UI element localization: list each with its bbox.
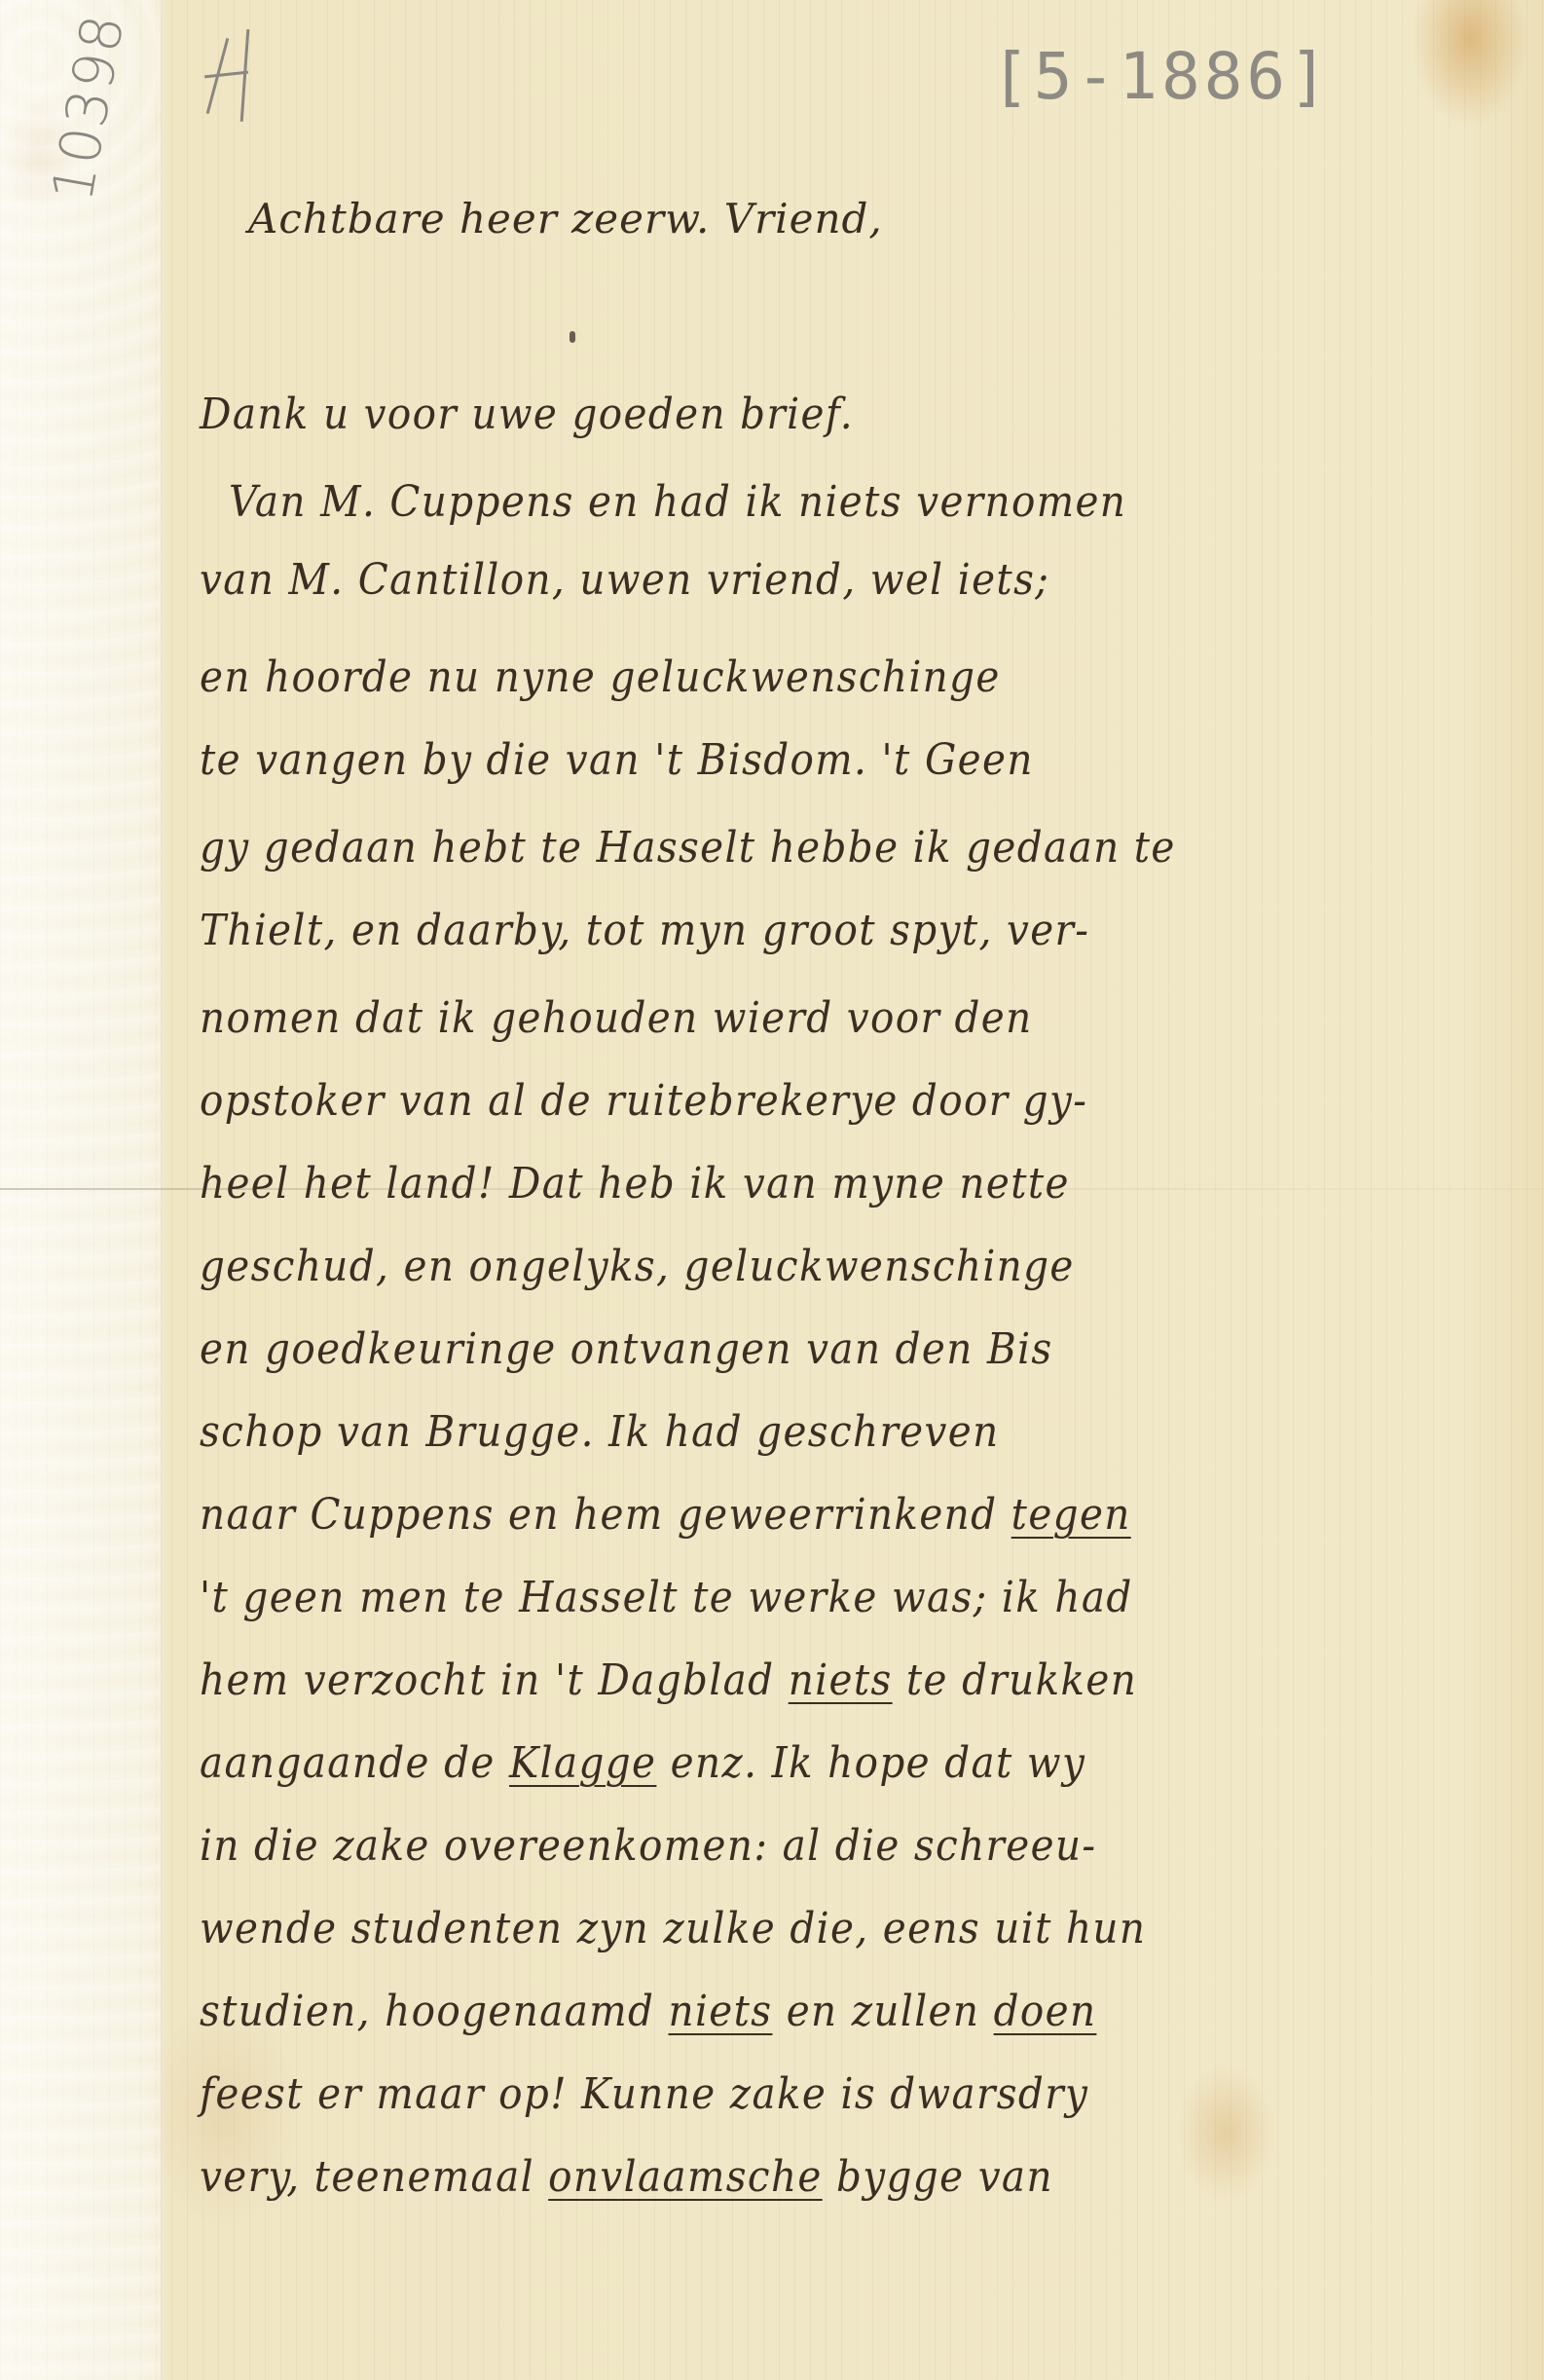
letter-line: in die zake overeenkomen: al die schreeu… <box>200 1821 1096 1871</box>
letter-line: aangaande de Klagge enz. Ik hope dat wy <box>200 1738 1085 1788</box>
letter-line: schop van Brugge. Ik had geschreven <box>200 1407 1000 1457</box>
letter-line: Van M. Cuppens en had ik niets vernomen <box>229 477 1126 527</box>
letter-line: en hoorde nu nyne geluckwenschinge <box>200 652 1001 702</box>
underlined-word: doen <box>994 1987 1097 2036</box>
letter-line: heel het land! Dat heb ik van myne nette <box>200 1159 1070 1209</box>
ink-dot <box>570 331 575 343</box>
left-margin-strip <box>0 0 162 2380</box>
letter-page: 10398 [5-1886] Achtbare heer zeerw. Vrie… <box>0 0 1544 2380</box>
archive-mark-icon <box>195 29 253 122</box>
letter-line: te vangen by die van 't Bisdom. 't Geen <box>200 735 1034 785</box>
letter-line: naar Cuppens en hem geweerrinkend tegen <box>200 1490 1131 1540</box>
underlined-word: onvlaamsche <box>548 2152 823 2202</box>
archive-date: [5-1886] <box>991 39 1332 114</box>
letter-line: geschud, en ongelyks, geluckwenschinge <box>200 1242 1075 1291</box>
underlined-word: Klagge <box>509 1738 656 1788</box>
letter-line: Thielt, en daarby, tot myn groot spyt, v… <box>200 906 1089 955</box>
letter-line: studien, hoogenaamd niets en zullen doen <box>200 1987 1096 2036</box>
letter-line: 't geen men te Hasselt te werke was; ik … <box>200 1573 1133 1622</box>
letter-line: hem verzocht in 't Dagblad niets te druk… <box>200 1655 1137 1705</box>
underlined-word: niets <box>789 1655 893 1705</box>
letter-line: very, teenemaal onvlaamsche bygge van <box>200 2152 1053 2202</box>
letter-line: van M. Cantillon, uwen vriend, wel iets; <box>200 555 1049 605</box>
underlined-word: tegen <box>1011 1490 1131 1540</box>
letter-line: wende studenten zyn zulke die, eens uit … <box>200 1904 1146 1953</box>
letter-line: nomen dat ik gehouden wierd voor den <box>200 993 1033 1043</box>
letter-line: opstoker van al de ruitebrekerye door gy… <box>200 1076 1087 1126</box>
letter-line: Dank u voor uwe goeden brief. <box>200 390 854 439</box>
salutation: Achtbare heer zeerw. Vriend, <box>248 195 883 242</box>
underlined-word: niets <box>669 1987 773 2036</box>
letter-line: feest er maar op! Kunne zake is dwarsdry <box>200 2069 1088 2119</box>
letter-line: gy gedaan hebt te Hasselt hebbe ik gedaa… <box>200 823 1176 873</box>
letter-line: en goedkeuringe ontvangen van den Bis <box>200 1324 1053 1374</box>
